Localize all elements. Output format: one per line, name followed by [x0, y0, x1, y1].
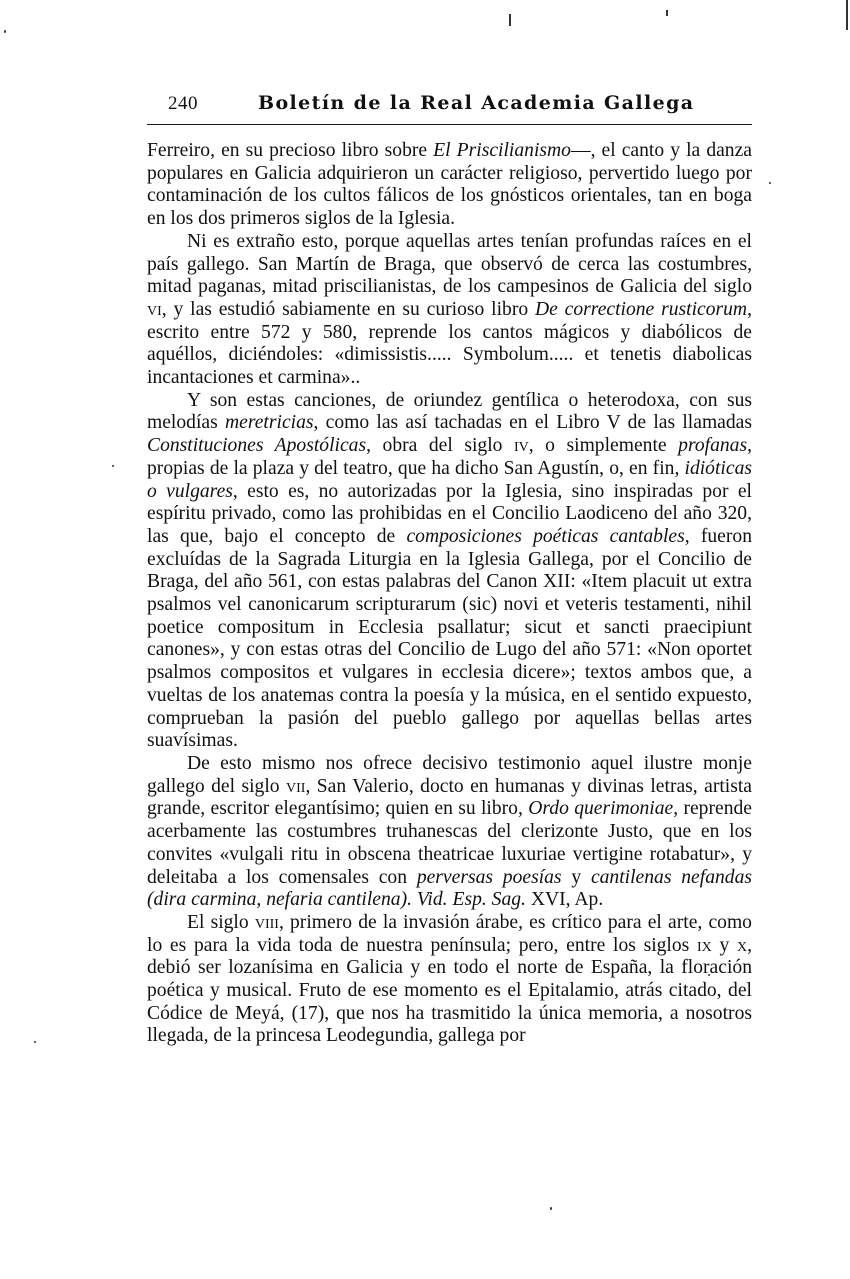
text-run: , fueron excluídas de la Sagrada Liturgi…: [147, 526, 752, 751]
paragraph: Y son estas canciones, de oriundez gentí…: [147, 390, 752, 753]
text-run: , y las estudió sabiamente en su curioso…: [162, 299, 535, 320]
small-caps-text: X: [737, 935, 747, 956]
italic-text: profanas: [678, 435, 747, 456]
italic-text: De correctione rusticorum: [535, 299, 747, 320]
scan-speck: [666, 10, 668, 16]
text-run: , o simplemente: [529, 435, 678, 456]
text-run: El siglo: [187, 912, 255, 933]
header-rule: [147, 124, 752, 125]
small-caps-text: VI: [147, 299, 162, 320]
small-caps-text: IV: [514, 435, 529, 456]
scan-speck: [112, 465, 114, 467]
text-run: XVI, Ap.: [526, 889, 603, 910]
scan-speck: [509, 14, 511, 26]
scanned-page: 240 Boletín de la Real Academia Gallega …: [0, 0, 850, 1279]
scan-speck: [708, 974, 710, 976]
scan-speck: [769, 182, 771, 184]
scan-speck: [34, 1041, 36, 1043]
italic-text: Ordo querimoniae: [528, 798, 673, 819]
scan-speck: [4, 30, 6, 33]
body-text: Ferreiro, en su precioso libro sobre El …: [147, 140, 752, 1048]
paragraph: Ni es extraño esto, porque aquellas arte…: [147, 231, 752, 390]
text-run: y: [712, 935, 737, 956]
small-caps-text: IX: [697, 935, 712, 956]
scan-speck: [550, 1207, 552, 1210]
text-run: , obra del siglo: [366, 435, 514, 456]
text-run: Ni es extraño esto, porque aquellas arte…: [147, 231, 752, 297]
journal-title: Boletín de la Real Academia Gallega: [258, 92, 695, 114]
text-run: , como las así tachadas en el Libro V de…: [314, 412, 752, 433]
paragraph: De esto mismo nos ofrece decisivo testim…: [147, 753, 752, 912]
scan-speck: [846, 0, 848, 30]
text-run: Ferreiro, en su precioso libro sobre: [147, 140, 433, 161]
italic-text: Constituciones Apostólicas: [147, 435, 366, 456]
text-run: y: [562, 867, 591, 888]
italic-text: meretricias: [225, 412, 314, 433]
italic-text: perversas poesías: [417, 867, 562, 888]
italic-text: composiciones poéticas cantables: [406, 526, 684, 547]
running-head: 240 Boletín de la Real Academia Gallega: [144, 92, 752, 122]
small-caps-text: VIII: [255, 912, 279, 933]
italic-text: El Priscilianismo: [433, 140, 571, 161]
small-caps-text: VII: [286, 776, 305, 797]
paragraph: Ferreiro, en su precioso libro sobre El …: [147, 140, 752, 231]
paragraph: El siglo VIII, primero de la invasión ár…: [147, 912, 752, 1048]
page-number: 240: [144, 93, 238, 115]
